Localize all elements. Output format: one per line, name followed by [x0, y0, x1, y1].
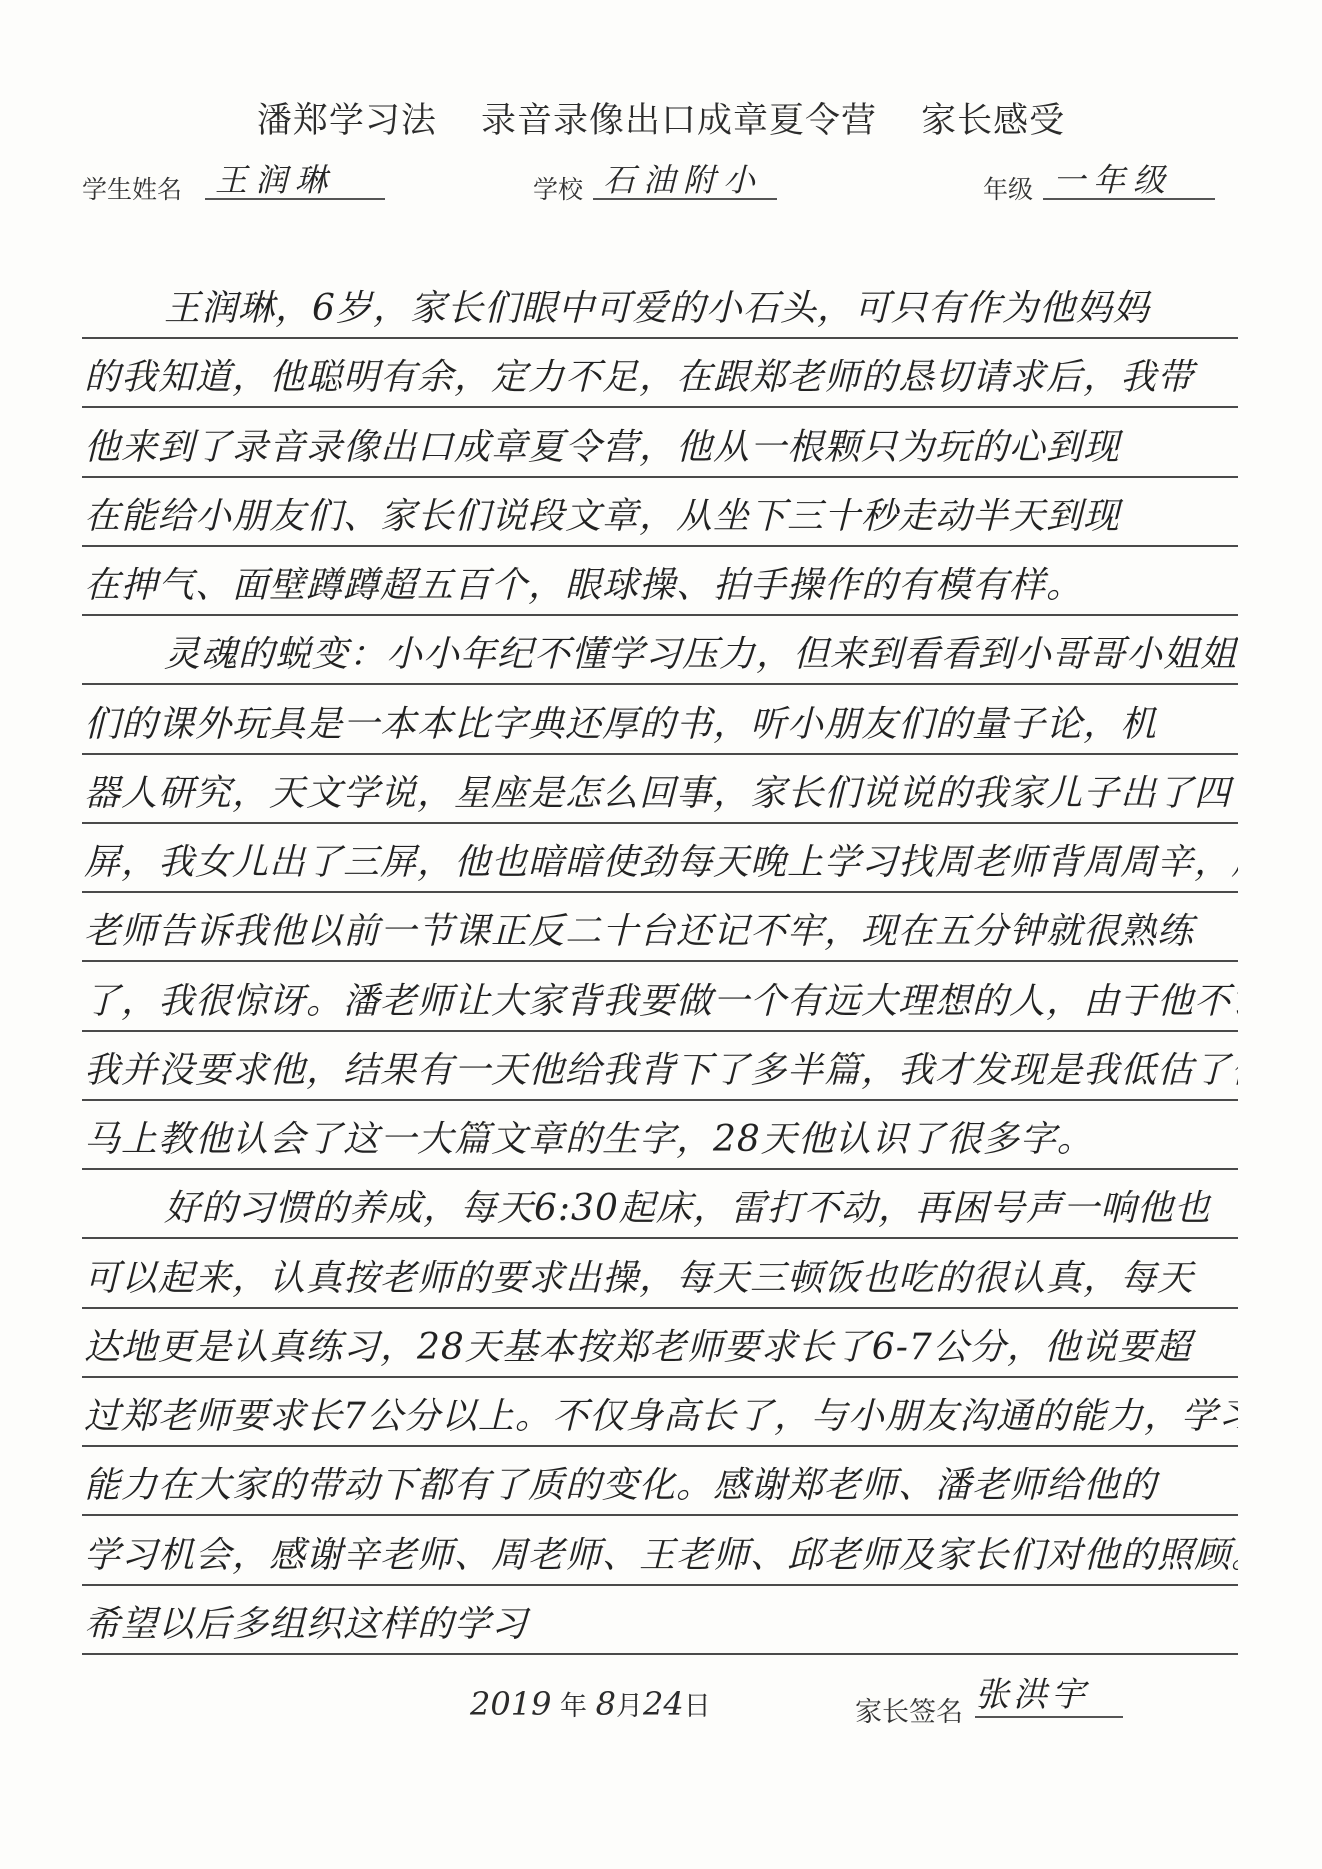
handwritten-line: 王润琳，6岁，家长们眼中可爱的小石头，可只有作为他妈妈 [84, 281, 1238, 337]
handwritten-line: 达地更是认真练习，28天基本按郑老师要求长了6-7公分，他说要超 [84, 1320, 1238, 1376]
school-label: 学校 [533, 170, 583, 206]
ruled-line [82, 1307, 1238, 1309]
ruled-line [82, 1168, 1238, 1170]
ruled-line [82, 753, 1238, 755]
ruled-line [82, 822, 1238, 824]
date-day-label: 日 [684, 1691, 711, 1722]
ruled-line [82, 476, 1238, 478]
title-camp: 录音录像出口成章夏令营 [481, 101, 877, 141]
ruled-line [82, 960, 1238, 962]
handwritten-line: 可以起来，认真按老师的要求出操，每天三顿饭也吃的很认真，每天 [84, 1251, 1238, 1307]
grade-field: 一年级 [1043, 160, 1215, 200]
ruled-line [82, 1376, 1238, 1378]
handwritten-line: 好的习惯的养成，每天6:30起床，雷打不动，再困号声一响他也 [84, 1181, 1238, 1237]
handwritten-line: 在能给小朋友们、家长们说段文章，从坐下三十秒走动半天到现 [84, 489, 1238, 545]
ruled-line [82, 545, 1238, 547]
feedback-form-page: 潘郑学习法 录音录像出口成章夏令营 家长感受 学生姓名 王润琳 学校 石油附小 … [0, 0, 1322, 1869]
handwritten-line: 我并没要求他，结果有一天他给我背下了多半篇，我才发现是我低估了他， [84, 1043, 1238, 1099]
ruled-line [82, 1030, 1238, 1032]
ruled-line [82, 1237, 1238, 1239]
ruled-line [82, 406, 1238, 408]
handwritten-line: 学习机会，感谢辛老师、周老师、王老师、邱老师及家长们对他的照顾。 [84, 1528, 1238, 1584]
handwritten-line: 马上教他认会了这一大篇文章的生字，28天他认识了很多字。 [84, 1112, 1238, 1168]
handwritten-line: 的我知道，他聪明有余，定力不足，在跟郑老师的恳切请求后，我带 [84, 350, 1238, 406]
ruled-line [82, 1445, 1238, 1447]
date-month-label: 月 [616, 1691, 643, 1722]
handwritten-line: 希望以后多组织这样的学习 [84, 1597, 1238, 1653]
handwritten-line: 灵魂的蜕变：小小年纪不懂学习压力，但来到看看到小哥哥小姐姐 [84, 627, 1238, 683]
title-feedback: 家长感受 [921, 101, 1065, 141]
parent-signature: 张洪宇 [975, 1672, 1123, 1718]
page-title: 潘郑学习法 录音录像出口成章夏令营 家长感受 [0, 93, 1322, 143]
title-method: 潘郑学习法 [257, 101, 437, 141]
ruled-line [82, 891, 1238, 893]
date-year: 2019 [470, 1685, 551, 1723]
student-name-label: 学生姓名 [82, 170, 182, 206]
ruled-line [82, 337, 1238, 339]
ruled-line [82, 1653, 1238, 1655]
ruled-line [82, 614, 1238, 616]
date: 2019 年 8月24日 [470, 1684, 711, 1723]
ruled-line [82, 683, 1238, 685]
date-month: 8 [596, 1685, 616, 1723]
grade-label: 年级 [983, 170, 1033, 206]
school-field: 石油附小 [593, 160, 777, 200]
ruled-line [82, 1514, 1238, 1516]
handwritten-line: 们的课外玩具是一本本比字典还厚的书，听小朋友们的量子论，机 [84, 697, 1238, 753]
handwritten-line: 过郑老师要求长7公分以上。不仅身高长了，与小朋友沟通的能力，学习的 [84, 1389, 1238, 1445]
handwritten-line: 屏，我女儿出了三屏，他也暗暗使劲每天晚上学习找周老师背周周辛，周 [84, 835, 1238, 891]
handwritten-line: 老师告诉我他以前一节课正反二十台还记不牢，现在五分钟就很熟练 [84, 904, 1238, 960]
ruled-line [82, 1099, 1238, 1101]
parent-signature-label: 家长签名 [855, 1690, 963, 1729]
ruled-line [82, 1584, 1238, 1586]
student-name-field: 王润琳 [205, 160, 385, 200]
handwritten-line: 在抻气、面壁蹲蹲超五百个，眼球操、拍手操作的有模有样。 [84, 558, 1238, 614]
handwritten-line: 他来到了录音录像出口成章夏令营，他从一根颗只为玩的心到现 [84, 420, 1238, 476]
handwritten-line: 了，我很惊讶。潘老师让大家背我要做一个有远大理想的人，由于他不认字 [84, 974, 1238, 1030]
date-year-label: 年 [560, 1691, 587, 1722]
handwritten-line: 器人研究，天文学说，星座是怎么回事，家长们说说的我家儿子出了四 [84, 766, 1238, 822]
handwritten-line: 能力在大家的带动下都有了质的变化。感谢郑老师、潘老师给他的 [84, 1458, 1238, 1514]
date-day: 24 [643, 1685, 684, 1723]
